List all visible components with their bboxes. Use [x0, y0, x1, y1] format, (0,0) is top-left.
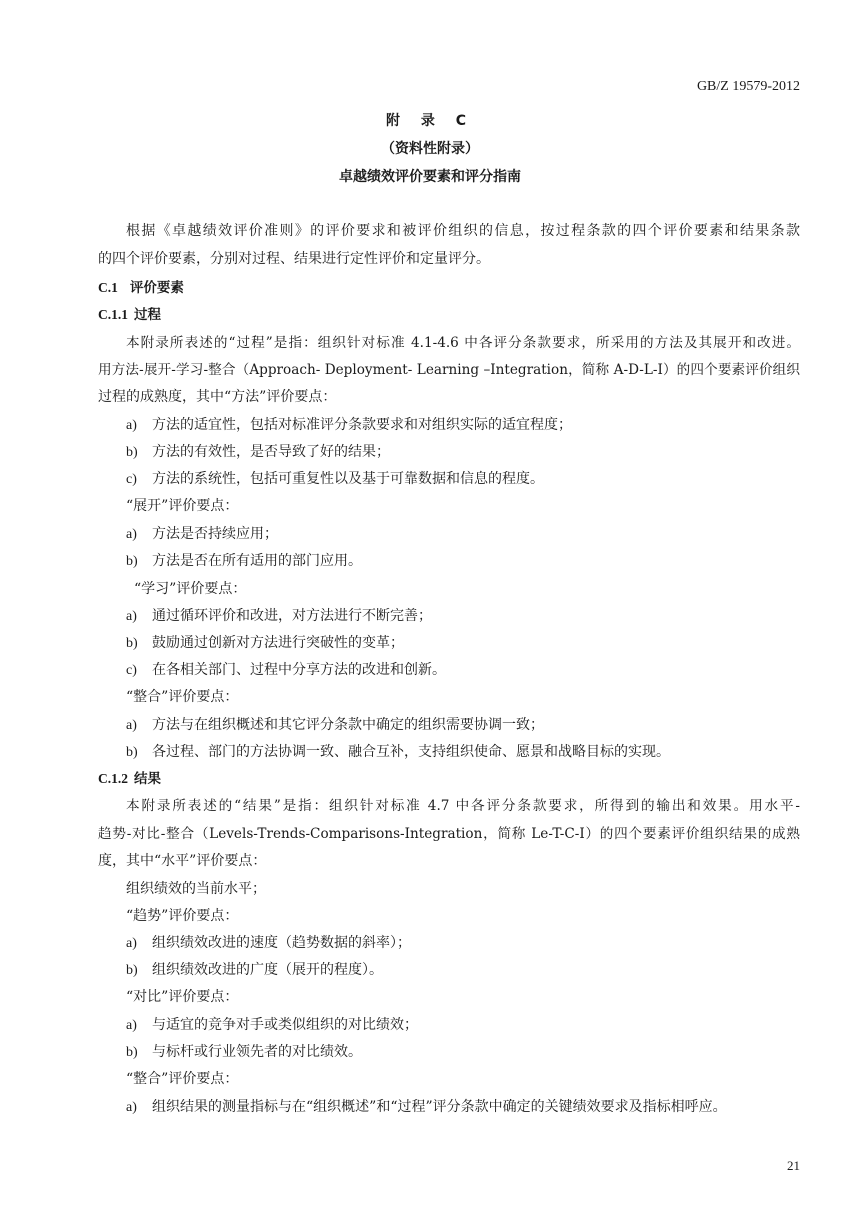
list-item: c)方法的系统性，包括可重复性以及基于可靠数据和信息的程度。	[126, 470, 828, 489]
levels-text: 组织绩效的当前水平；	[126, 880, 828, 898]
list-item: b)方法是否在所有适用的部门应用。	[126, 552, 828, 571]
list-item: a)方法是否持续应用；	[126, 525, 828, 544]
list-item: c)在各相关部门、过程中分享方法的改进和创新。	[126, 661, 828, 680]
page-number: 21	[787, 1158, 800, 1174]
section-number: C.1	[98, 280, 118, 295]
trends-heading: “趋势”评价要点：	[126, 907, 828, 925]
results-para-line-3: 度，其中“水平”评价要点：	[98, 852, 800, 870]
list-item: b)组织绩效改进的广度（展开的程度）。	[126, 961, 828, 980]
section-title: 评价要素	[130, 280, 184, 296]
integration-heading: “整合”评价要点：	[126, 688, 828, 706]
intro-line-2: 的四个评价要素，分别对过程、结果进行定性评价和定量评分。	[98, 250, 800, 268]
appendix-name: 卓越绩效评价要素和评分指南	[0, 166, 860, 186]
list-item: b)方法的有效性，是否导致了好的结果；	[126, 443, 828, 462]
process-para-line-3: 过程的成熟度，其中“方法”评价要点：	[98, 388, 800, 406]
comparisons-heading: “对比”评价要点：	[126, 988, 828, 1006]
section-title: 过程	[134, 307, 161, 323]
appendix-type: （资料性附录）	[0, 138, 860, 158]
list-item: b)鼓励通过创新对方法进行突破性的变革；	[126, 634, 828, 653]
process-para-line-1: 本附录所表述的“过程”是指：组织针对标准 4.1-4.6 中各评分条款要求，所采…	[126, 334, 800, 352]
results-para-line-2: 趋势-对比-整合（Levels-Trends-Comparisons-Integ…	[98, 825, 800, 843]
section-c11-heading: C.1.1过程	[98, 306, 800, 324]
list-item: a)组织绩效改进的速度（趋势数据的斜率）；	[126, 934, 828, 953]
section-c12-heading: C.1.2结果	[98, 770, 800, 788]
intro-line-1: 根据《卓越绩效评价准则》的评价要求和被评价组织的信息，按过程条款的四个评价要素和…	[126, 222, 800, 240]
process-para-line-2: 用方法-展开-学习-整合（Approach- Deployment- Learn…	[98, 361, 800, 379]
list-item: b)与标杆或行业领先者的对比绩效。	[126, 1043, 828, 1062]
results-para-line-1: 本附录所表述的“结果”是指：组织针对标准 4.7 中各评分条款要求，所得到的输出…	[126, 797, 800, 815]
section-title: 结果	[134, 771, 161, 787]
list-item: a)方法的适宜性，包括对标准评分条款要求和对组织实际的适宜程度；	[126, 416, 828, 435]
learning-heading: “学习”评价要点：	[134, 580, 836, 598]
document-page: GB/Z 19579-2012 附 录 C （资料性附录） 卓越绩效评价要素和评…	[0, 0, 860, 1216]
section-number: C.1.2	[98, 771, 128, 786]
list-item: a)方法与在组织概述和其它评分条款中确定的组织需要协调一致；	[126, 716, 828, 735]
section-number: C.1.1	[98, 307, 128, 322]
deployment-heading: “展开”评价要点：	[126, 497, 828, 515]
list-item: a)通过循环评价和改进，对方法进行不断完善；	[126, 607, 828, 626]
standard-code: GB/Z 19579-2012	[697, 79, 800, 95]
results-integration-heading: “整合”评价要点：	[126, 1070, 828, 1088]
appendix-title: 附 录 C	[0, 110, 860, 130]
list-item: a)组织结果的测量指标与在“组织概述”和“过程”评分条款中确定的关键绩效要求及指…	[126, 1098, 828, 1117]
list-item: a)与适宜的竞争对手或类似组织的对比绩效；	[126, 1016, 828, 1035]
list-item: b)各过程、部门的方法协调一致、融合互补，支持组织使命、愿景和战略目标的实现。	[126, 743, 828, 762]
section-c1-heading: C.1评价要素	[98, 279, 800, 297]
